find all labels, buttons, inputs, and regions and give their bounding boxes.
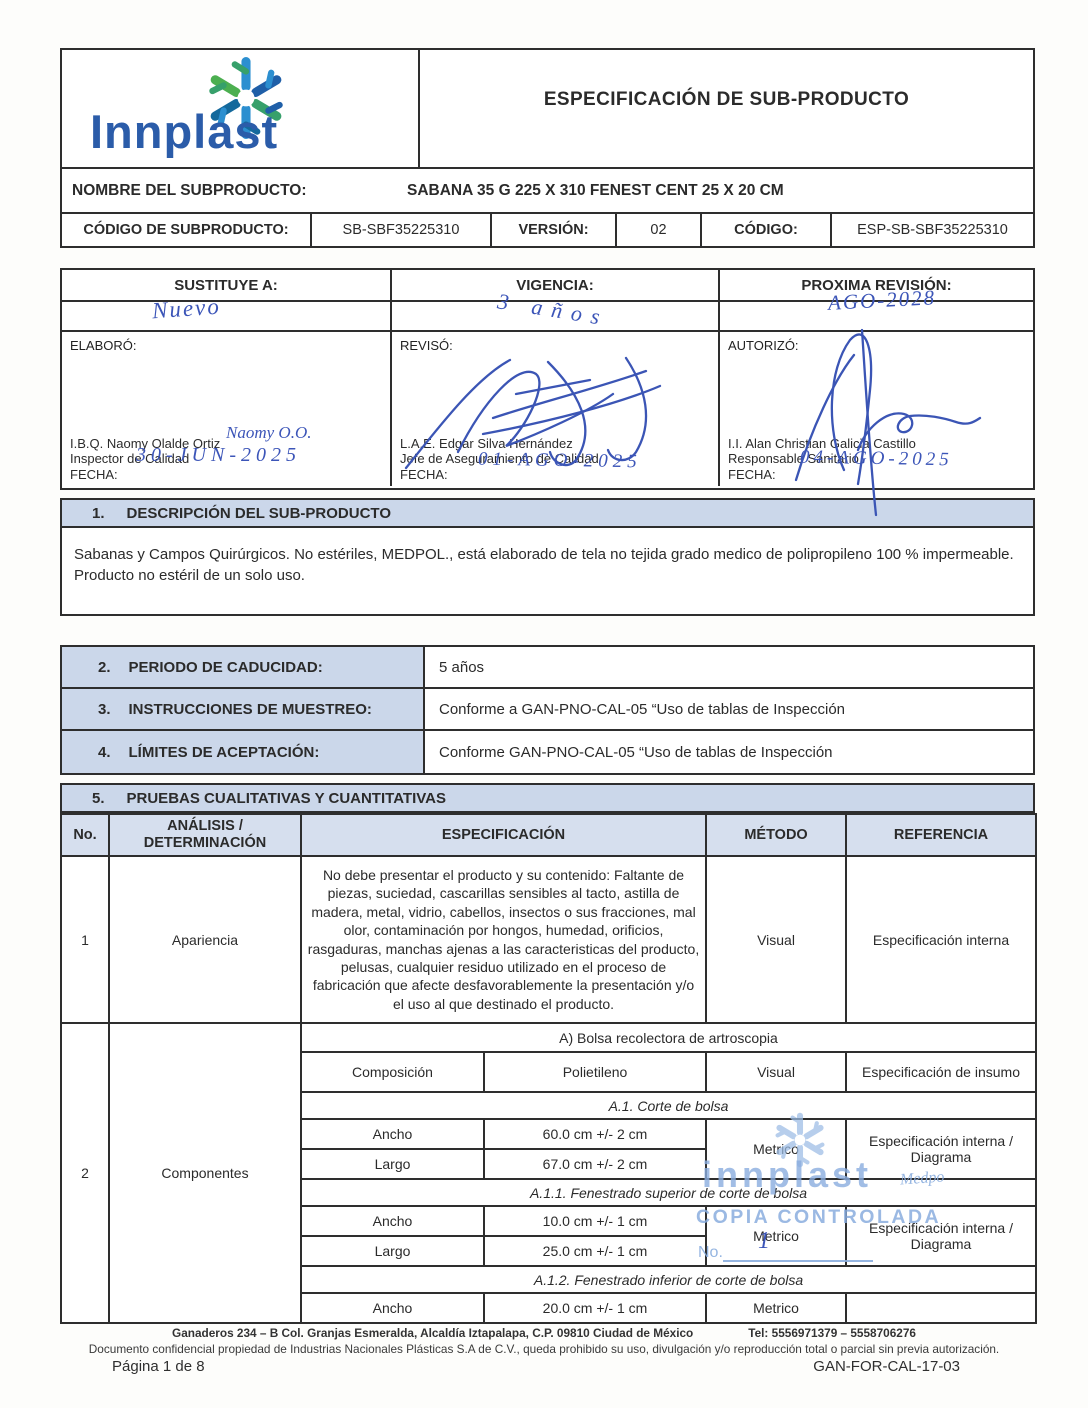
sub-a11-header: A.1.1. Fenestrado superior de corte de b… <box>301 1179 1036 1206</box>
muestreo-value: Conforme a GAN-PNO-CAL-05 “Uso de tablas… <box>425 689 1033 729</box>
document-page: Innplast ESPECIFICACIÓN DE SUB-PRODUCTO … <box>0 0 1088 1408</box>
section5-heading-bar: 5. PRUEBAS CUALITATIVAS Y CUANTITATIVAS <box>60 783 1035 813</box>
code-label: CÓDIGO DE SUBPRODUCTO: <box>62 214 312 246</box>
a12-reference <box>846 1293 1036 1323</box>
version-label: VERSIÓN: <box>492 214 617 246</box>
apariencia-analysis: Apariencia <box>109 856 301 1023</box>
section5-number: 5. <box>92 790 105 807</box>
muestreo-label: INSTRUCCIONES DE MUESTREO: <box>129 701 372 718</box>
pruebas-table: No. ANÁLISIS / DETERMINACIÓN ESPECIFICAC… <box>60 813 1037 1324</box>
a1-ancho-value: 60.0 cm +/- 2 cm <box>484 1119 706 1149</box>
code-value: SB-SBF35225310 <box>312 214 492 246</box>
handwritten-elaboro-date: 30-JUN-2025 <box>136 444 301 467</box>
header-top-row: Innplast ESPECIFICACIÓN DE SUB-PRODUCTO <box>62 50 1033 167</box>
sub-a-header: A) Bolsa recolectora de artroscopia <box>301 1023 1036 1052</box>
doc-code-label: CÓDIGO: <box>702 214 832 246</box>
title-cell: ESPECIFICACIÓN DE SUB-PRODUCTO <box>420 50 1033 167</box>
sections-2-4-table: 2. PERIODO DE CADUCIDAD: 5 años 3. INSTR… <box>60 645 1035 775</box>
sustituye-header: SUSTITUYE A: <box>62 270 392 300</box>
a1-reference: Especificación interna / Diagrama <box>846 1119 1036 1179</box>
col-no: No. <box>61 814 109 856</box>
a1-largo-value: 67.0 cm +/- 2 cm <box>484 1149 706 1179</box>
version-value: 02 <box>617 214 702 246</box>
apariencia-reference: Especificación interna <box>846 856 1036 1023</box>
product-name-value: SABANA 35 G 225 X 310 FENEST CENT 25 X 2… <box>407 182 784 200</box>
col-analisis: ANÁLISIS / DETERMINACIÓN <box>109 814 301 856</box>
apariencia-method: Visual <box>706 856 846 1023</box>
doc-code-value: ESP-SB-SBF35225310 <box>832 214 1033 246</box>
handwritten-sustituye-value: Nuevo <box>151 294 221 325</box>
muestreo-number: 3. <box>98 701 111 718</box>
footer-form-code: GAN-FOR-CAL-17-03 <box>813 1358 960 1375</box>
a12-ancho-value: 20.0 cm +/- 1 cm <box>484 1293 706 1323</box>
componentes-analysis: Componentes <box>109 1023 301 1323</box>
section1-heading: 1. DESCRIPCIÓN DEL SUB-PRODUCTO <box>62 500 1033 528</box>
autorizo-fecha-label: FECHA: <box>728 467 776 483</box>
product-name-label: NOMBRE DEL SUBPRODUCTO: <box>62 182 407 200</box>
caducidad-label: PERIODO DE CADUCIDAD: <box>129 659 323 676</box>
composicion-label: Composición <box>301 1052 484 1092</box>
limites-value: Conforme GAN-PNO-CAL-05 “Uso de tablas d… <box>425 731 1033 773</box>
innplast-logo-text: Innplast <box>90 104 278 159</box>
section5-title: PRUEBAS CUALITATIVAS Y CUANTITATIVAS <box>127 790 446 807</box>
componentes-no: 2 <box>61 1023 109 1323</box>
section1-title: DESCRIPCIÓN DEL SUB-PRODUCTO <box>127 505 391 522</box>
componentes-subrow: 2 Componentes A) Bolsa recolectora de ar… <box>61 1023 1036 1052</box>
composicion-value: Polietileno <box>484 1052 706 1092</box>
caducidad-value: 5 años <box>425 647 1033 687</box>
product-name-row: NOMBRE DEL SUBPRODUCTO: SABANA 35 G 225 … <box>62 167 1033 212</box>
col-metodo: MÉTODO <box>706 814 846 856</box>
limites-number: 4. <box>98 744 111 761</box>
header-table: Innplast ESPECIFICACIÓN DE SUB-PRODUCTO … <box>60 48 1035 248</box>
vigencia-header: VIGENCIA: <box>392 270 720 300</box>
code-row: CÓDIGO DE SUBPRODUCTO: SB-SBF35225310 VE… <box>62 212 1033 246</box>
limites-label: LÍMITES DE ACEPTACIÓN: <box>129 744 320 761</box>
section5-heading: 5. PRUEBAS CUALITATIVAS Y CUANTITATIVAS <box>62 785 1033 811</box>
pruebas-header-row: No. ANÁLISIS / DETERMINACIÓN ESPECIFICAC… <box>61 814 1036 856</box>
handwritten-elaboro-initials: Naomy O.O. <box>226 423 311 443</box>
a11-ancho-value: 10.0 cm +/- 1 cm <box>484 1206 706 1236</box>
composicion-method: Visual <box>706 1052 846 1092</box>
caducidad-number: 2. <box>98 659 111 676</box>
a11-largo-label: Largo <box>301 1236 484 1266</box>
a11-ancho-label: Ancho <box>301 1206 484 1236</box>
muestreo-row: 3. INSTRUCCIONES DE MUESTREO: Conforme a… <box>62 689 1033 731</box>
reviso-label: REVISÓ: <box>400 338 453 353</box>
a1-largo-label: Largo <box>301 1149 484 1179</box>
caducidad-row: 2. PERIODO DE CADUCIDAD: 5 años <box>62 647 1033 689</box>
composicion-reference: Especificación de insumo <box>846 1052 1036 1092</box>
sub-a12-header: A.1.2. Fenestrado inferior de corte de b… <box>301 1266 1036 1293</box>
a12-method: Metrico <box>706 1293 846 1323</box>
sub-a1-header: A.1. Corte de bolsa <box>301 1092 1036 1119</box>
section1-body: Sabanas y Campos Quirúrgicos. No estéril… <box>62 528 1033 614</box>
footer: Ganaderos 234 – B Col. Granjas Esmeralda… <box>0 1326 1088 1375</box>
section1-paragraph-1: Sabanas y Campos Quirúrgicos. No estéril… <box>74 544 1021 565</box>
apariencia-no: 1 <box>61 856 109 1023</box>
a11-method: Metrico <box>706 1206 846 1266</box>
section1-paragraph-2: Producto no estéril de un solo uso. <box>74 565 1021 586</box>
a1-ancho-label: Ancho <box>301 1119 484 1149</box>
apariencia-row: 1 Apariencia No debe presentar el produc… <box>61 856 1036 1023</box>
handwritten-reviso-date: 01-AGO-2025 <box>478 449 642 474</box>
col-especificacion: ESPECIFICACIÓN <box>301 814 706 856</box>
a1-method: Metrico <box>706 1119 846 1179</box>
elaboro-label: ELABORÓ: <box>70 338 136 353</box>
elaboro-fecha-label: FECHA: <box>70 467 118 483</box>
a11-largo-value: 25.0 cm +/- 1 cm <box>484 1236 706 1266</box>
reviso-fecha-label: FECHA: <box>400 467 448 483</box>
document-title: ESPECIFICACIÓN DE SUB-PRODUCTO <box>544 89 909 111</box>
limites-row: 4. LÍMITES DE ACEPTACIÓN: Conforme GAN-P… <box>62 731 1033 773</box>
handwritten-autorizo-date: 04-AGO-2025 <box>800 447 953 472</box>
section1: 1. DESCRIPCIÓN DEL SUB-PRODUCTO Sabanas … <box>60 498 1035 616</box>
a12-ancho-label: Ancho <box>301 1293 484 1323</box>
a11-reference: Especificación interna / Diagrama <box>846 1206 1036 1266</box>
section1-number: 1. <box>92 505 105 522</box>
footer-tel: Tel: 5556971379 – 5558706276 <box>748 1326 916 1340</box>
footer-confidential: Documento confidencial propiedad de Indu… <box>0 1342 1088 1356</box>
footer-address: Ganaderos 234 – B Col. Granjas Esmeralda… <box>172 1326 693 1340</box>
apariencia-spec: No debe presentar el producto y su conte… <box>301 856 706 1023</box>
logo-cell: Innplast <box>62 50 420 167</box>
autorizo-label: AUTORIZÓ: <box>728 338 799 353</box>
col-referencia: REFERENCIA <box>846 814 1036 856</box>
footer-page-number: Página 1 de 8 <box>112 1358 205 1375</box>
